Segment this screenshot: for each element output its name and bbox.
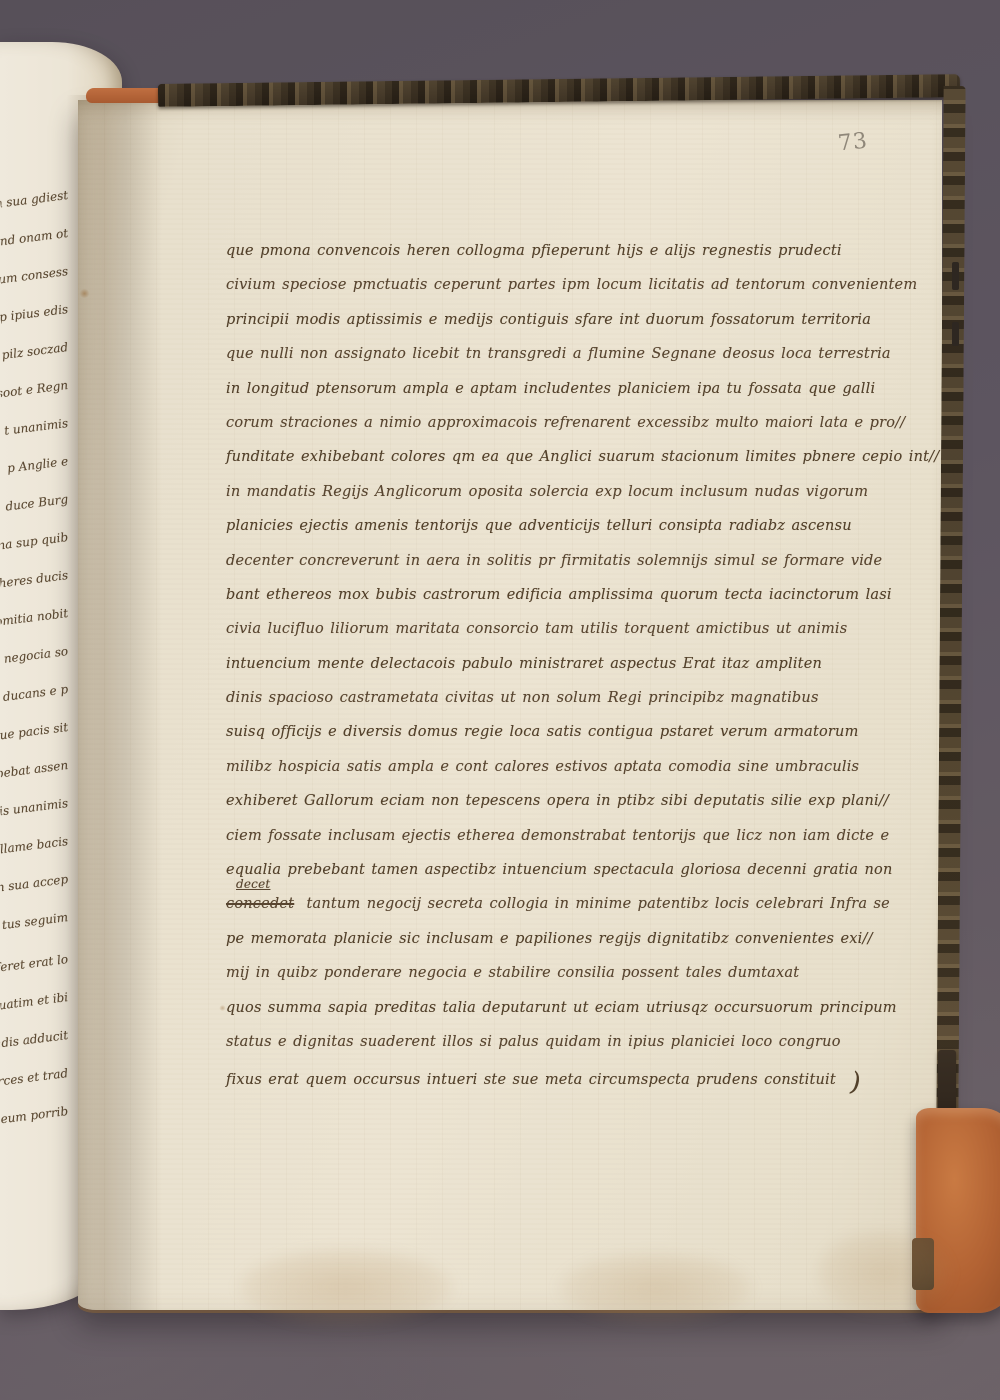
manuscript-line: civia lucifluo liliorum maritata consorc…	[226, 612, 811, 646]
manuscript-line: pe memorata planicie sic inclusam e papi…	[226, 922, 811, 956]
facing-page-fragment: p Anglie e	[0, 454, 69, 476]
facing-page-fragment: o p ipius edis	[0, 302, 69, 324]
foxing-spot	[219, 1005, 226, 1011]
spine-leather-strip	[86, 88, 166, 103]
clasp-remnant-mid	[952, 322, 959, 346]
manuscript-line-rest: tantum negocij secreta collogia in minim…	[307, 896, 890, 912]
clasp-remnant-upper	[952, 262, 959, 290]
facing-page-fragment: duce Burg	[0, 492, 69, 514]
manuscript-line: ciem fossate inclusam ejectis etherea de…	[226, 819, 811, 853]
facing-page-fragment: comitia nobit	[0, 606, 69, 628]
manuscript-line-with-correction: decet concedet tantum negocij secreta co…	[226, 887, 811, 921]
facing-page-fragment: ony deum porrib	[0, 1104, 69, 1126]
manuscript-line: que pmona convencois heren collogma pfie…	[226, 234, 811, 268]
manuscript-line: intuencium mente delectacois pabulo mini…	[226, 647, 811, 681]
manuscript-line: funditate exhibebant colores qm ea que A…	[226, 440, 811, 474]
manuscript-text-block: que pmona convencois heren collogma pfie…	[226, 234, 811, 1094]
manuscript-photo: m sua gdiest egnd onam ot is sorum conse…	[0, 0, 1000, 1400]
manuscript-line: corum straciones a nimio approximacois r…	[226, 406, 811, 440]
facing-page-fragment: egnd onam ot	[0, 226, 69, 248]
manuscript-line: suisq officijs e diversis domus regie lo…	[226, 715, 811, 749]
water-stain	[558, 1252, 753, 1324]
manuscript-line: quos summa sapia preditas talia deputaru…	[226, 991, 811, 1025]
gutter-shadow	[66, 95, 162, 1310]
manuscript-line: in longitud ptensorum ampla e aptam incl…	[226, 372, 811, 406]
facing-page-fragment: ptis unanimis	[0, 796, 69, 818]
facing-page-fragment: que pacis sit	[0, 720, 69, 742]
facing-page-fragment-list: m sua gdiest egnd onam ot is sorum conse…	[0, 0, 70, 1400]
manuscript-line-text: fixus erat quem occursus intueri ste sue…	[226, 1072, 836, 1088]
manuscript-line: principii modis aptissimis e medijs cont…	[226, 303, 811, 337]
facing-page-fragment: villame bacis	[0, 834, 69, 856]
facing-page-fragment: hibebat assen	[0, 758, 69, 780]
manuscript-line: in mandatis Regijs Anglicorum oposita so…	[226, 475, 811, 509]
water-stain	[238, 1248, 453, 1326]
facing-page-fragment: m sua gdiest	[0, 188, 69, 210]
manuscript-line: civium speciose pmctuatis ceperunt parte…	[226, 268, 811, 302]
foxing-spot	[79, 289, 90, 298]
manuscript-line: status e dignitas suaderent illos si pal…	[226, 1025, 811, 1059]
folio-number: 73	[837, 129, 869, 157]
facing-page-fragment: ssoot e Regn	[0, 378, 69, 400]
interlinear-correction: decet	[236, 878, 270, 890]
manuscript-line: dinis spacioso castrametata civitas ut n…	[226, 681, 811, 715]
facing-page-fragment: pilz soczad	[0, 340, 69, 362]
facing-page-fragment: ducans e p	[0, 682, 69, 704]
manuscript-line: fixus erat quem occursus intueri ste sue…	[226, 1059, 811, 1093]
facing-page-fragment: offeret erat lo	[0, 952, 69, 974]
facing-page-fragment: dm negocia so	[0, 644, 69, 666]
facing-page-fragment: ma sup quib	[0, 530, 69, 552]
facing-page-fragment: tinuatim et ibi	[0, 990, 69, 1012]
facing-page-fragment: t unanimis	[0, 416, 69, 438]
manuscript-line: milibz hospicia satis ampla e cont calor…	[226, 750, 811, 784]
facing-page-fragment: ons in sua accep	[0, 872, 69, 894]
manuscript-line: exhiberet Gallorum eciam non tepescens o…	[226, 784, 811, 818]
struck-word: concedet	[226, 896, 294, 912]
facing-page-fragment: is sorum consess	[0, 264, 69, 286]
facing-page-fragment: mandis adducit	[0, 1028, 69, 1050]
facing-page-fragment: tus seguim	[0, 910, 69, 932]
manuscript-line: decenter concreverunt in aera in solitis…	[226, 544, 811, 578]
facing-page-fragment: heres ducis	[0, 568, 69, 590]
manuscript-line: mij in quibz ponderare negocia e stabili…	[226, 956, 811, 990]
manuscript-line: planicies ejectis amenis tentorijs que a…	[226, 509, 811, 543]
water-stain	[816, 1230, 951, 1315]
facing-page-fragment: merces et trad	[0, 1066, 69, 1088]
manuscript-line: bant ethereos mox bubis castrorum edific…	[226, 578, 811, 612]
manuscript-line: que nulli non assignato licebit tn trans…	[226, 337, 811, 371]
manuscript-line: equalia prebebant tamen aspectibz intuen…	[226, 853, 811, 887]
